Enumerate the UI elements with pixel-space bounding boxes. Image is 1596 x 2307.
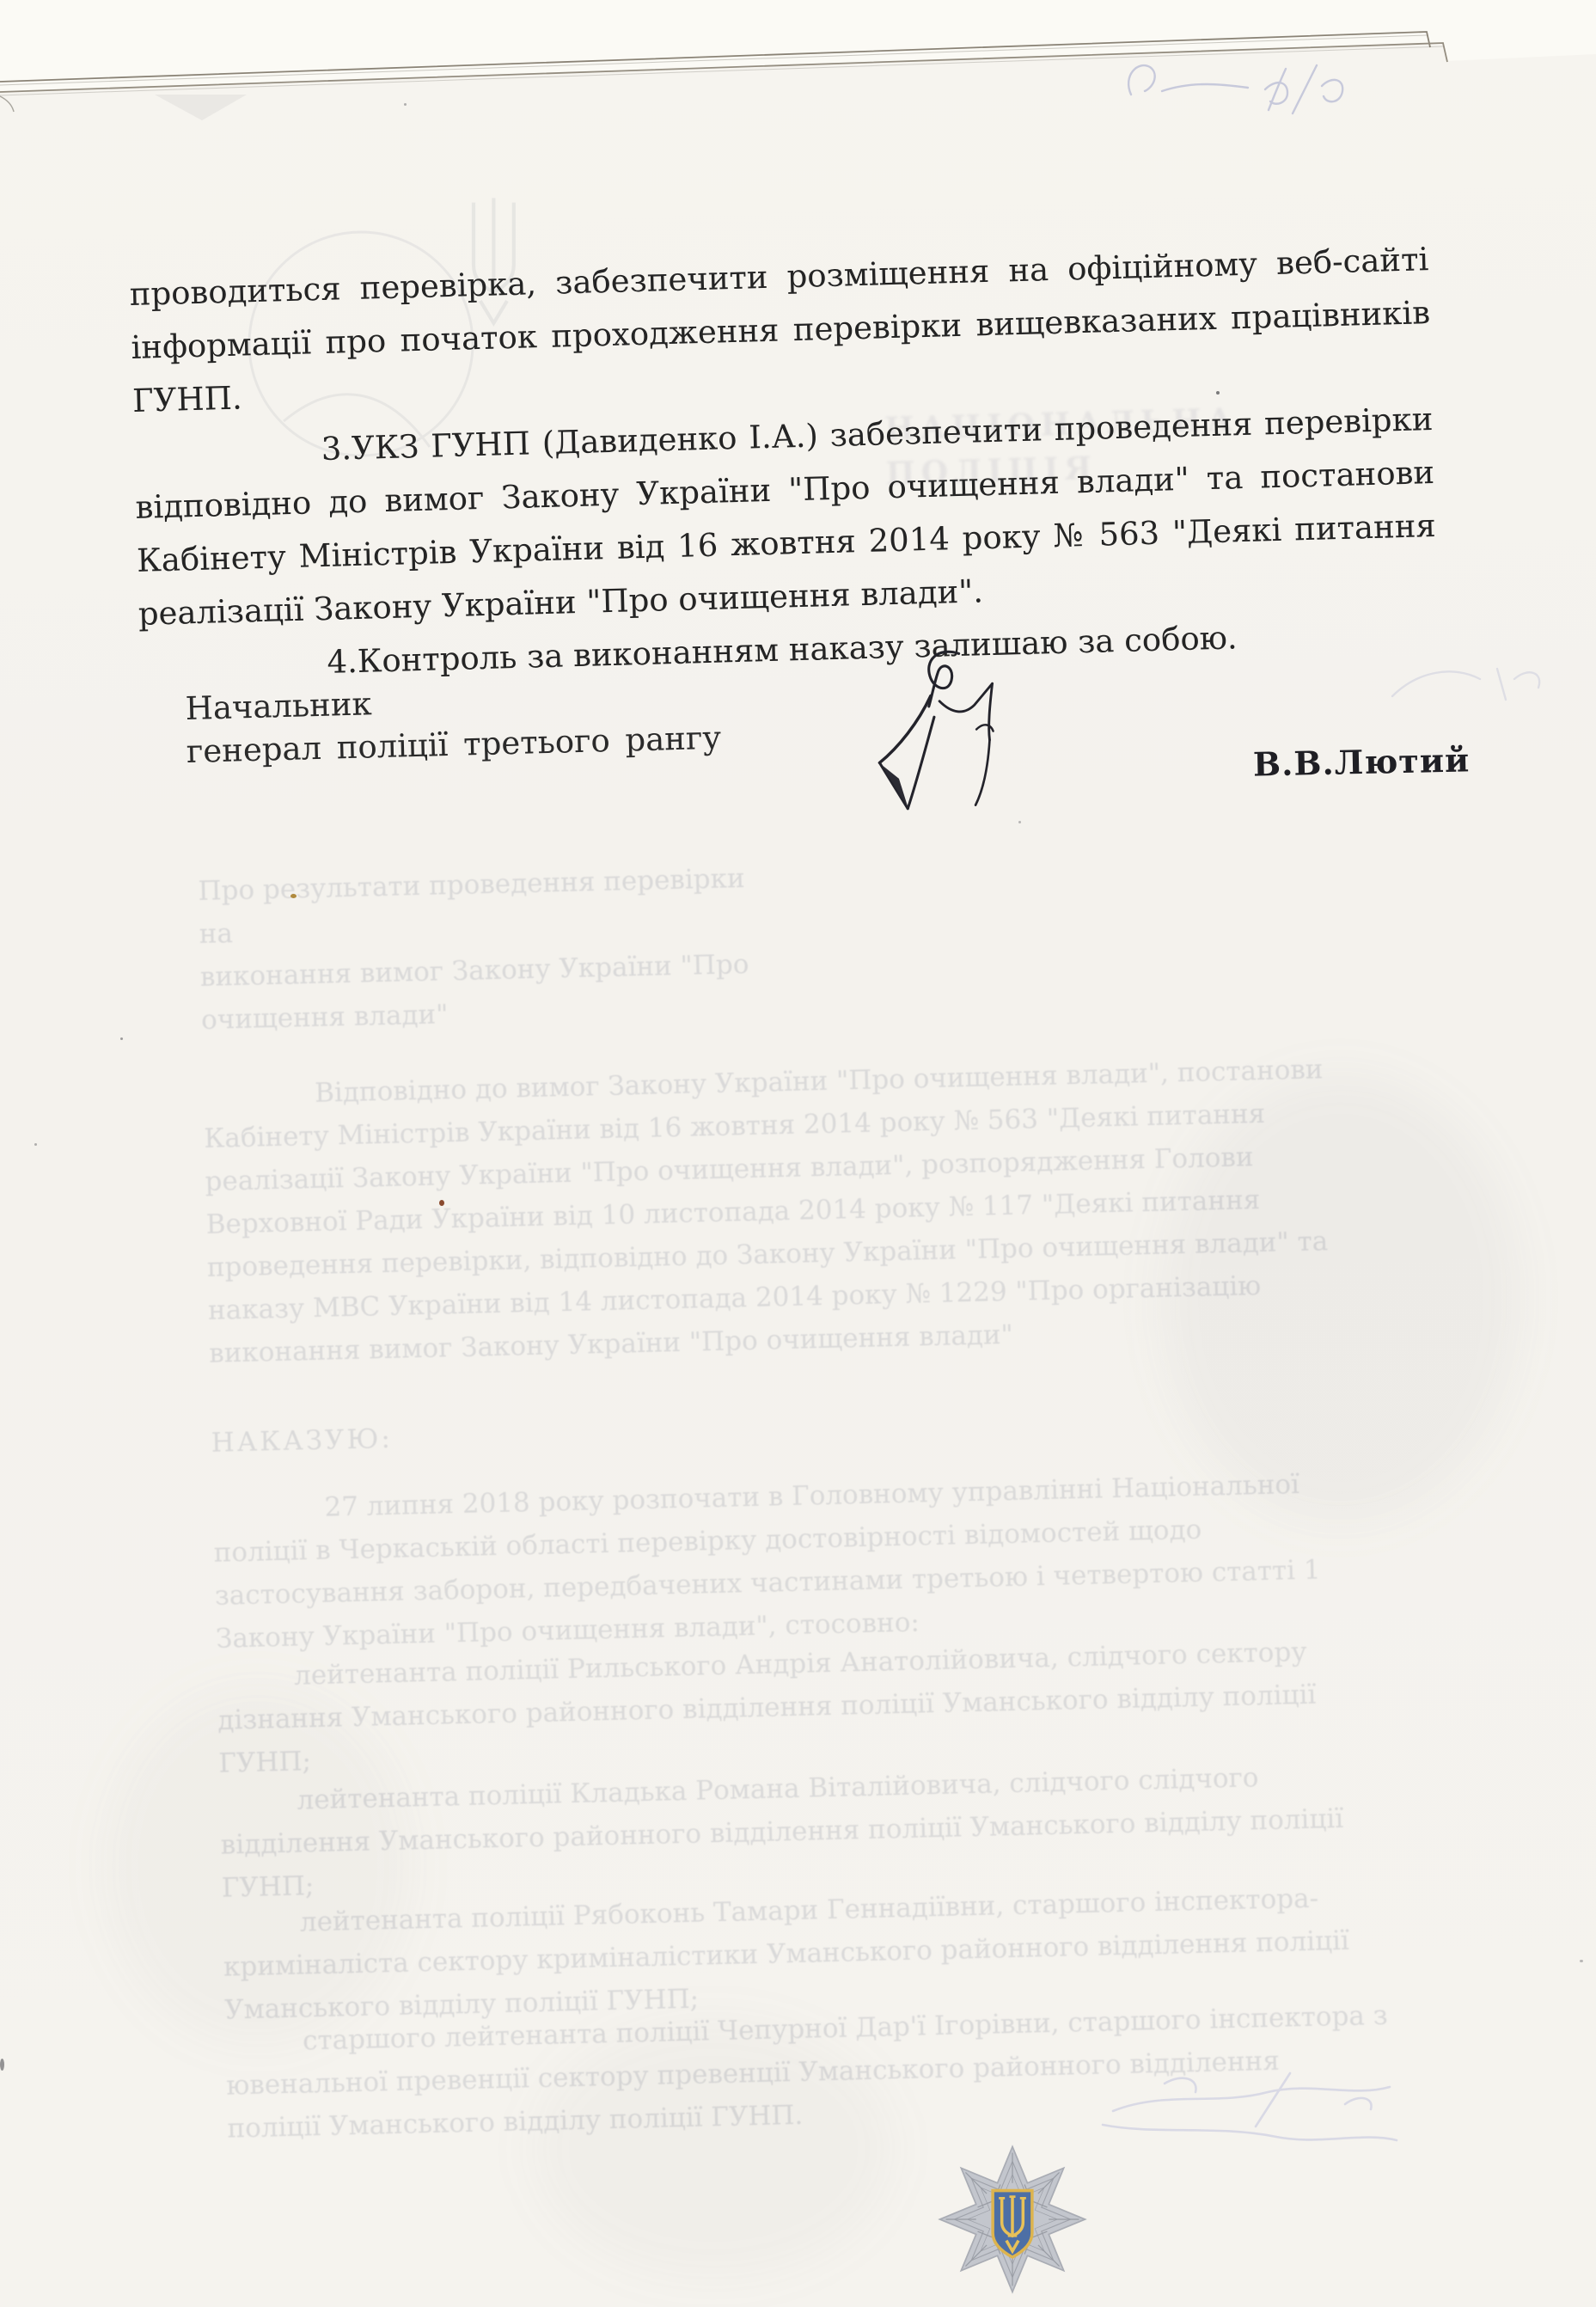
police-badge-emblem <box>937 2144 1088 2295</box>
scan-speck <box>1018 821 1021 823</box>
scan-speck <box>0 2059 4 2071</box>
scan-speck <box>404 103 407 106</box>
pencil-note-top-right <box>1117 53 1375 131</box>
scan-speck <box>1216 391 1220 395</box>
scan-speck <box>290 894 297 898</box>
showthrough-block: Про результати проведення перевірки на в… <box>198 857 752 1042</box>
pencil-note-bottom <box>1087 2053 1414 2164</box>
document-body: проводиться перевірка, забезпечити розмі… <box>129 233 1440 695</box>
showthrough-block: Відповідно до вимог Закону України "Про … <box>203 1043 1516 1375</box>
pencil-mark-near-name <box>1375 643 1556 725</box>
handwritten-signature <box>864 645 1044 812</box>
scan-speck <box>1580 1960 1583 1962</box>
scan-speck <box>34 1143 37 1146</box>
showthrough-line: Про результати проведення перевірки на <box>198 857 749 956</box>
signer-name: В.В.Лютий <box>1253 740 1471 783</box>
scanned-document: НАЦІОНАЛЬНА ПОЛІЦІЯ проводиться перевірк… <box>0 0 1596 2307</box>
scan-speck <box>120 1037 123 1040</box>
scan-speck <box>439 1200 444 1206</box>
